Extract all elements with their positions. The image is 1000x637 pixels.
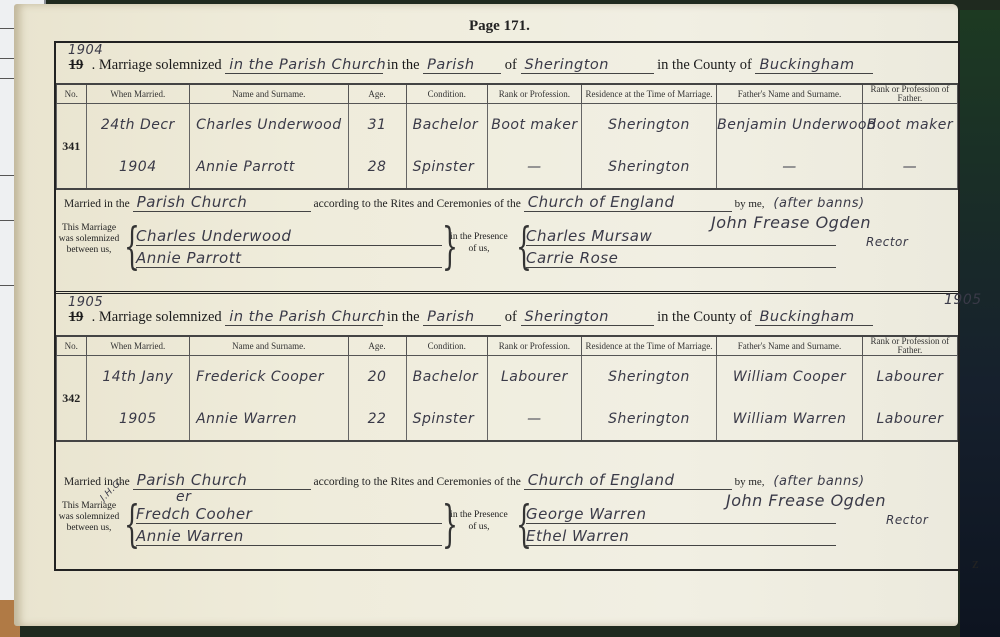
column-header: Rank or Profession. <box>487 336 581 356</box>
column-header: Residence at the Time of Marriage. <box>581 84 716 104</box>
column-header: Residence at the Time of Marriage. <box>581 336 716 356</box>
married-in-field: Parish Church <box>133 471 311 490</box>
bride-signature: Annie Parrott <box>136 249 442 268</box>
ages: 2022 <box>349 356 406 440</box>
residences: SheringtonSherington <box>582 356 716 440</box>
professions: Boot maker— <box>488 104 581 188</box>
column-header: Rank or Profession of Father. <box>862 336 957 356</box>
when-married: 24th Decr1904 <box>87 104 190 188</box>
column-header: Rank or Profession of Father. <box>862 84 957 104</box>
witness-2-signature: Carrie Rose <box>526 249 836 268</box>
bride-signature: Annie Warren <box>136 527 442 546</box>
fathers-professions: Boot maker— <box>863 104 957 188</box>
column-header: Age. <box>348 336 406 356</box>
officiant-title: Rector <box>886 513 928 527</box>
column-header: Name and Surname. <box>190 84 348 104</box>
marriage-entry: 19 1905 . Marriage solemnized in the Par… <box>56 295 958 571</box>
banns-note: (after banns) <box>773 474 864 489</box>
district-type-field: Parish <box>423 309 501 326</box>
column-header: When Married. <box>86 84 190 104</box>
signature-correction: er <box>176 489 191 505</box>
district-field: Sherington <box>521 309 654 326</box>
district-type-field: Parish <box>423 57 501 74</box>
book-cover-edge <box>960 10 1000 637</box>
when-married: 14th Jany1905 <box>87 356 190 440</box>
page-number: Page 171. <box>469 18 530 35</box>
margin-year-note: 1905 <box>944 292 982 308</box>
entry-row: 342 14th Jany1905 Frederick CooperAnnie … <box>57 356 958 442</box>
ages: 3128 <box>349 104 406 188</box>
married-in-line: Married in the Parish Church according t… <box>64 193 865 212</box>
professions: Labourer— <box>488 356 581 440</box>
entry-number: 342 <box>57 356 87 442</box>
county-field: Buckingham <box>755 309 873 326</box>
signature-mark: Z <box>972 560 979 571</box>
fathers-professions: LabourerLabourer <box>863 356 957 440</box>
names: Frederick CooperAnnie Warren <box>190 356 347 440</box>
column-header: Name and Surname. <box>190 336 348 356</box>
register-page: Page 171. 19 1904 . Marriage solemnized … <box>14 4 958 626</box>
district-field: Sherington <box>521 57 654 74</box>
names: Charles UnderwoodAnnie Parrott <box>190 104 347 188</box>
entry-heading: 19 1905 . Marriage solemnized in the Par… <box>64 309 938 335</box>
conditions: BachelorSpinster <box>407 104 487 188</box>
presence-label: in the Presence of us, <box>449 231 509 255</box>
entry-table: No.When Married.Name and Surname.Age.Con… <box>56 83 958 190</box>
column-header: No. <box>57 84 87 104</box>
column-header: When Married. <box>86 336 190 356</box>
entry-year: 19 1904 <box>64 57 88 74</box>
rites-field: Church of England <box>524 193 732 212</box>
conditions: BachelorSpinster <box>407 356 487 440</box>
column-header: Condition. <box>406 336 487 356</box>
entry-number: 341 <box>57 104 87 190</box>
officiant-title: Rector <box>866 235 908 249</box>
column-header: Condition. <box>406 84 487 104</box>
marriage-register: 19 1904 . Marriage solemnized in the Par… <box>54 41 960 571</box>
banns-note: (after banns) <box>773 196 864 211</box>
fathers: William CooperWilliam Warren <box>717 356 862 440</box>
groom-signature: Charles Underwood <box>136 227 442 246</box>
marriage-entry: 19 1904 . Marriage solemnized in the Par… <box>56 43 958 294</box>
column-header: Father's Name and Surname. <box>717 336 863 356</box>
witness-2-signature: Ethel Warren <box>526 527 836 546</box>
fathers: Benjamin Underwood— <box>717 104 862 188</box>
groom-signature: Fredch Cooher <box>136 505 442 524</box>
residences: SheringtonSherington <box>582 104 716 188</box>
solemnized-label: This Marriage was solemnized between us, <box>56 223 122 256</box>
witness-1-signature: George Warren <box>526 505 836 524</box>
column-header: Age. <box>348 84 406 104</box>
place-field: in the Parish Church <box>225 309 383 326</box>
entry-table: No.When Married.Name and Surname.Age.Con… <box>56 335 958 442</box>
solemnized-label: This Marriage was solemnized between us, <box>56 501 122 534</box>
presence-label: in the Presence of us, <box>449 509 509 533</box>
entry-year: 19 1905 <box>64 309 88 326</box>
column-header: Rank or Profession. <box>487 84 581 104</box>
county-field: Buckingham <box>755 57 873 74</box>
entry-row: 341 24th Decr1904 Charles UnderwoodAnnie… <box>57 104 958 190</box>
column-header: No. <box>57 336 87 356</box>
rites-field: Church of England <box>524 471 732 490</box>
married-in-line: Married in the Parish Church according t… <box>64 471 865 490</box>
married-in-field: Parish Church <box>133 193 311 212</box>
column-header: Father's Name and Surname. <box>717 84 863 104</box>
place-field: in the Parish Church <box>225 57 383 74</box>
witness-1-signature: Charles Mursaw <box>526 227 836 246</box>
entry-heading: 19 1904 . Marriage solemnized in the Par… <box>64 57 938 83</box>
